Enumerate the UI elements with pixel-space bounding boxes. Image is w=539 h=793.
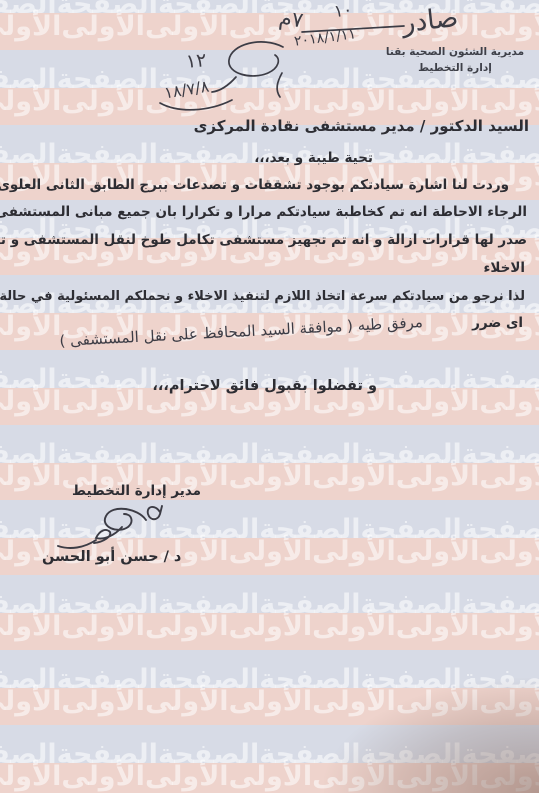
watermark-word: الأولى — [479, 460, 539, 494]
watermark-word: الصفحة — [57, 738, 158, 772]
handwritten-issued-number: ١٠ — [333, 0, 354, 22]
watermark-row: الأولىالأولىالأولىالأولىالأولىالأولىالأو… — [0, 85, 539, 119]
watermark-word: الصفحة — [158, 513, 259, 547]
watermark-word: الأولى — [312, 460, 396, 494]
watermark-word: الصفحة — [158, 0, 259, 22]
department-stamp: مديرية الشئون الصحية بقنا إدارة التخطيط — [379, 44, 531, 77]
watermark-word: الأولى — [61, 10, 145, 44]
watermark-word: الصفحة — [57, 0, 158, 22]
watermark-word: الصفحة — [57, 363, 158, 397]
watermark-word: الأولى — [396, 535, 480, 569]
ref-loop-tail-stroke — [212, 77, 236, 92]
watermark-word: الأولى — [61, 685, 145, 719]
watermark-word: الأولى — [0, 460, 61, 494]
watermark-word: الصفحة — [57, 63, 158, 97]
watermark-word: الأولى — [0, 385, 61, 419]
watermark-word: الصفحة — [158, 438, 259, 472]
watermark-word: الأولى — [229, 535, 313, 569]
letter-paragraph-2-line-2: صدر لها قرارات ازالة و انه تم تجهيز مستش… — [0, 232, 527, 248]
watermark-word: الأولى — [0, 310, 61, 344]
watermark-word: الصفحة — [462, 363, 539, 397]
watermark-word: الصفحة — [57, 663, 158, 697]
watermark-word: الأولى — [396, 385, 480, 419]
watermark-word: الصفحة — [0, 438, 57, 472]
watermark-word: الأولى — [479, 85, 539, 119]
watermark-row: الصفحةالصفحةالصفحةالصفحةالصفحةالصفحةالصف… — [0, 438, 539, 472]
watermark-word: الأولى — [229, 460, 313, 494]
watermark-word: الصفحة — [462, 138, 539, 172]
watermark-word: الصفحة — [57, 513, 158, 547]
watermark-word: الصفحة — [259, 438, 360, 472]
watermark-word: الأولى — [396, 610, 480, 644]
watermark-word: الصفحة — [0, 513, 57, 547]
watermark-word: الصفحة — [0, 63, 57, 97]
watermark-word: الأولى — [479, 385, 539, 419]
watermark-word: الأولى — [229, 610, 313, 644]
watermark-word: الصفحة — [360, 588, 461, 622]
letter-recipient: السيد الدكتور / مدير مستشفى نقادة المركز… — [194, 117, 529, 135]
watermark-word: الصفحة — [0, 138, 57, 172]
page-curl-shadow — [324, 678, 539, 793]
watermark-word: الصفحة — [0, 363, 57, 397]
letter-greeting: تحية طيبة و بعد،،، — [254, 150, 373, 166]
handwritten-ref-number: ١٢ — [185, 49, 207, 73]
watermark-word: الصفحة — [462, 513, 539, 547]
watermark-word: الصفحة — [360, 438, 461, 472]
watermark-word: الأولى — [61, 85, 145, 119]
watermark-word: الأولى — [145, 760, 229, 793]
watermark-word: الأولى — [61, 610, 145, 644]
letter-paragraph-3-line-1: لذا نرجو من سيادتكم سرعة اتخاذ اللازم لت… — [0, 289, 525, 304]
watermark-word: الصفحة — [158, 588, 259, 622]
watermark-word: الصفحة — [259, 588, 360, 622]
handwritten-check-mark: ٧م — [278, 6, 305, 33]
watermark-word: الصفحة — [462, 588, 539, 622]
watermark-word: الصفحة — [360, 138, 461, 172]
watermark-word: الأولى — [145, 685, 229, 719]
watermark-word: الأولى — [229, 85, 313, 119]
watermark-word: الصفحة — [158, 138, 259, 172]
watermark-word: الأولى — [312, 85, 396, 119]
watermark-word: الصفحة — [0, 0, 57, 22]
watermark-word: الصفحة — [259, 513, 360, 547]
watermark-word: الأولى — [0, 610, 61, 644]
watermark-word: الصفحة — [158, 663, 259, 697]
watermark-row: الأولىالأولىالأولىالأولىالأولىالأولىالأو… — [0, 610, 539, 644]
letter-closing: و تفضلوا بقبول فائق لاحترام،،، — [152, 378, 377, 394]
watermark-word: الأولى — [396, 85, 480, 119]
watermark-row: الصفحةالصفحةالصفحةالصفحةالصفحةالصفحةالصف… — [0, 513, 539, 547]
watermark-row: الصفحةالصفحةالصفحةالصفحةالصفحةالصفحةالصف… — [0, 588, 539, 622]
watermark-word: الصفحة — [0, 663, 57, 697]
watermark-word: الأولى — [479, 610, 539, 644]
watermark-word: الصفحة — [462, 438, 539, 472]
stamp-org-line: مديرية الشئون الصحية بقنا — [379, 44, 531, 60]
watermark-word: الصفحة — [0, 738, 57, 772]
watermark-word: الصفحة — [0, 588, 57, 622]
watermark-word: الصفحة — [462, 0, 539, 22]
watermark-word: الأولى — [0, 85, 61, 119]
watermark-word: الأولى — [229, 760, 313, 793]
watermark-word: الأولى — [61, 760, 145, 793]
watermark-word: الصفحة — [360, 513, 461, 547]
letter-paragraph-3-line-2: اى ضرر — [472, 315, 523, 331]
watermark-word: الصفحة — [57, 138, 158, 172]
letter-paragraph-2-line-3: الاخلاء — [483, 260, 525, 276]
stamp-dept-line: إدارة التخطيط — [379, 60, 531, 76]
letter-paragraph-1: وردت لنا اشارة سيادتكم بوجود تشققات و تص… — [0, 177, 509, 193]
handwritten-attachment-note: مرفق طيه ( موافقة السيد المحافظ على نقل … — [59, 313, 423, 350]
watermark-word: الأولى — [312, 535, 396, 569]
letter-paragraph-2-line-1: الرجاء الاحاطة انه تم كخاطبة سيادتكم مرا… — [0, 204, 527, 220]
ref-small-stroke — [277, 73, 282, 97]
watermark-word: الأولى — [0, 760, 61, 793]
handwritten-issued-label: صادر — [401, 2, 460, 39]
watermark-word: الأولى — [145, 610, 229, 644]
watermark-word: الأولى — [0, 685, 61, 719]
watermark-word: الأولى — [479, 10, 539, 44]
watermark-word: الأولى — [61, 385, 145, 419]
watermark-word: الأولى — [145, 10, 229, 44]
watermark-word: الأولى — [479, 535, 539, 569]
watermark-word: الصفحة — [259, 63, 360, 97]
watermark-word: الصفحة — [57, 588, 158, 622]
scanned-letter-page: الصفحةالصفحةالصفحةالصفحةالصفحةالصفحةالصف… — [0, 0, 539, 793]
handwritten-ref-date: ١٨/٧/٨ — [163, 77, 211, 103]
signature-scribble — [58, 506, 162, 548]
watermark-word: الصفحة — [158, 738, 259, 772]
signature-title: مدير إدارة التخطيط — [72, 483, 201, 499]
watermark-word: الأولى — [396, 460, 480, 494]
watermark-word: الصفحة — [57, 438, 158, 472]
watermark-word: الأولى — [312, 610, 396, 644]
watermark-word: الأولى — [229, 685, 313, 719]
watermark-word: الأولى — [0, 10, 61, 44]
handwritten-issued-date: ٢٠١٨/١/١١ — [293, 26, 357, 49]
signature-name: د / حسن أبو الحسن — [42, 549, 181, 565]
ref-loop-stroke — [229, 42, 283, 76]
